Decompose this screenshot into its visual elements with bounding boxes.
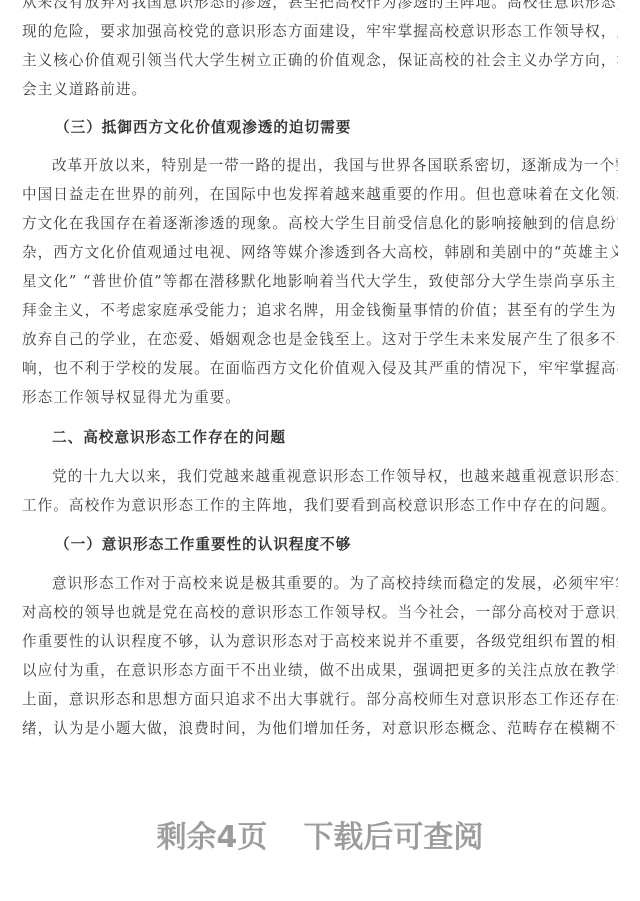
paragraph-line: 杂，西方文化价值观通过电视、网络等媒介渗透到各大高校，韩剧和美剧中的“英雄主义”…: [22, 243, 618, 263]
paragraph-line: 拜金主义，不考虑家庭承受能力；追求名牌，用金钱衡量事情的价值；甚至有的学生为了金…: [22, 301, 618, 321]
paragraph-line: 响，也不利于学校的发展。在面临西方文化价值观入侵及其严重的情况下，牢牢掌握高校意…: [22, 359, 618, 379]
paragraph-line: 现的危险，要求加强高校党的意识形态方面建设，牢牢掌握高校意识形态工作领导权，用社…: [22, 22, 618, 42]
paragraph-line: 中国日益走在世界的前列，在国际中也发挥着越来越重要的作用。但也意味着在文化领域，…: [22, 185, 618, 205]
paragraph-line: 方文化在我国存在着逐渐渗透的现象。高校大学生目前受信息化的影响接触到的信息纷繁复: [22, 214, 618, 234]
paragraph-line: 工作。高校作为意识形态工作的主阵地，我们要看到高校意识形态工作中存在的问题。: [22, 496, 618, 516]
paragraph-line: 上面，意识形态和思想方面只追求不出大事就行。部分高校师生对意识形态工作还存在抵触…: [22, 690, 618, 710]
section-heading-3: （三）抵御西方文化价值观渗透的迫切需要: [55, 118, 351, 138]
paragraph-line: 以应付为重，在意识形态方面干不出业绩，做不出成果，强调把更多的关注点放在教学和科…: [22, 661, 618, 681]
paragraph-line: 绪，认为是小题大做，浪费时间，为他们增加任务，对意识形态概念、范畴存在模糊不清的…: [22, 719, 618, 739]
paragraph-line: 党的十九大以来，我们党越来越重视意识形态工作领导权，也越来越重视意识形态方面的: [52, 467, 618, 487]
paragraph-line: 从来没有放弃对我国意识形态的渗透，甚至把高校作为渗透的主阵地。高校在意识形态方面…: [22, 0, 618, 13]
paragraph-line: 意识形态工作对于高校来说是极其重要的。为了高校持续而稳定的发展，必须牢牢掌握党: [52, 574, 618, 594]
paragraph-line: 作重要性的认识程度不够，认为意识形态对于高校来说并不重要，各级党组织布置的相关任…: [22, 632, 618, 652]
remaining-pages-label: 剩余4页: [157, 820, 268, 855]
section-heading-2-1: （一）意识形态工作重要性的认识程度不够: [55, 535, 351, 555]
paragraph-line: 对高校的领导也就是党在高校的意识形态工作领导权。当今社会，一部分高校对于意识形态…: [22, 603, 618, 623]
paragraph-line: 放弃自己的学业，在恋爱、婚姻观念也是金钱至上。这对于学生未来发展产生了很多不利的…: [22, 330, 618, 350]
document-page: 从来没有放弃对我国意识形态的渗透，甚至把高校作为渗透的主阵地。高校在意识形态方面…: [0, 0, 640, 901]
paragraph-line: 形态工作领导权显得尤为重要。: [22, 388, 618, 408]
paragraph-line: 主义核心价值观引领当代大学生树立正确的价值观念，保证高校的社会主义办学方向，沿着…: [22, 51, 618, 71]
paragraph-line: 星文化” “普世价值”等都在潜移默化地影响着当代大学生，致使部分大学生崇尚享乐主…: [22, 272, 618, 292]
paragraph-line: 改革开放以来，特别是一带一路的提出，我国与世界各国联系密切，逐渐成为一个整体，: [52, 156, 618, 176]
preview-limit-notice: 剩余4页下载后可查阅: [0, 818, 640, 858]
paragraph-line: 会主义道路前进。: [22, 80, 618, 100]
section-heading-2: 二、高校意识形态工作存在的问题: [52, 428, 286, 448]
download-hint-label: 下载后可查阅: [303, 820, 483, 855]
